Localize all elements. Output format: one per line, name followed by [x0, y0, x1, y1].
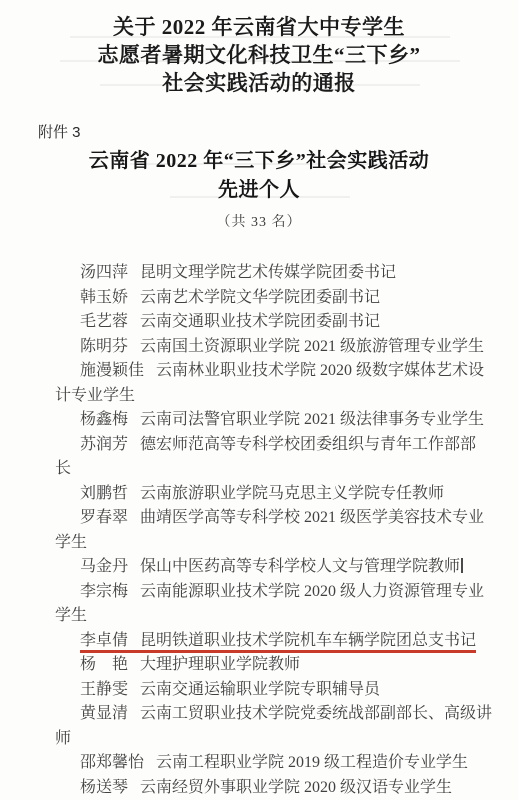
awardee-line: 杨鑫梅云南司法警官职业学院 2021 级法律事务专业学生	[80, 411, 484, 428]
awardee-line: 黄显清云南工贸职业技术学院党委统战部副部长、高级讲 师	[55, 705, 492, 747]
count-note: （共 33 名）	[0, 214, 518, 232]
award-section-title: 云南省 2022 年“三下乡”社会实践活动 先进个人	[0, 147, 518, 205]
award-section-title-line: 先进个人	[0, 176, 518, 205]
awardee-line: 韩玉娇云南艺术学院文华学院团委副书记	[80, 289, 380, 306]
awardee-line-highlighted: 李卓倩昆明铁道职业技术学院机车车辆学院团总支书记	[80, 632, 476, 653]
awardee-line: 李宗梅云南能源职业技术学院 2020 级人力资源管理专业 学生	[55, 583, 484, 625]
awardee-name: 马金丹	[80, 558, 128, 575]
awardee-name: 韩玉娇	[80, 289, 128, 306]
awardee-affiliation: 云南艺术学院文华学院团委副书记	[140, 289, 380, 306]
awardee-line: 汤四萍昆明文理学院艺术传媒学院团委书记	[80, 264, 396, 281]
awardee-affiliation: 云南司法警官职业学院 2021 级法律事务专业学生	[140, 411, 484, 428]
awardee-line: 刘鹏哲云南旅游职业学院马克思主义学院专任教师	[80, 485, 444, 502]
text-cursor	[461, 558, 463, 573]
awardee-line: 杨送琴云南经贸外事职业学院 2020 级汉语专业学生	[80, 779, 452, 796]
list-item: 罗春翠曲靖医学高等专科学校 2021 级医学美容技术专业 学生	[55, 506, 503, 555]
awardee-name: 刘鹏哲	[80, 485, 128, 502]
list-item: 黄显清云南工贸职业技术学院党委统战部副部长、高级讲 师	[55, 702, 503, 751]
awardee-name: 李卓倩	[80, 632, 128, 649]
awardee-name: 黄显清	[80, 705, 128, 722]
awardee-affiliation: 云南交通职业技术学院团委副书记	[140, 313, 380, 330]
awardee-name: 李宗梅	[80, 583, 128, 600]
notice-title-line: 志愿者暑期文化科技卫生“三下乡”	[0, 41, 518, 69]
list-item: 杨送琴云南经贸外事职业学院 2020 级汉语专业学生	[55, 776, 503, 800]
list-item: 刘鹏哲云南旅游职业学院马克思主义学院专任教师	[55, 482, 503, 507]
awardee-affiliation: 昆明文理学院艺术传媒学院团委书记	[140, 264, 396, 281]
list-item: 马金丹保山中医药高等专科学校人文与管理学院教师	[55, 555, 503, 580]
notice-title-line: 关于 2022 年云南省大中专学生	[0, 13, 518, 41]
awardee-list: 汤四萍昆明文理学院艺术传媒学院团委书记韩玉娇云南艺术学院文华学院团委副书记毛艺蓉…	[55, 261, 503, 800]
document-page: 关于 2022 年云南省大中专学生 志愿者暑期文化科技卫生“三下乡” 社会实践活…	[0, 0, 518, 800]
awardee-name: 施漫颖佳	[80, 362, 144, 379]
awardee-name: 汤四萍	[80, 264, 128, 281]
awardee-name: 杨送琴	[80, 779, 128, 796]
awardee-line: 王静雯云南交通运输职业学院专职辅导员	[80, 681, 380, 698]
award-section-title-line: 云南省 2022 年“三下乡”社会实践活动	[0, 147, 518, 176]
awardee-name: 罗春翠	[80, 509, 128, 526]
list-item: 苏润芳德宏师范高等专科学校团委组织与青年工作部部 长	[55, 433, 503, 482]
awardee-affiliation: 云南国土资源职业学院 2021 级旅游管理专业学生	[140, 338, 484, 355]
awardee-name: 陈明芬	[80, 338, 128, 355]
awardee-name: 邵郑馨怡	[80, 754, 144, 771]
list-item: 施漫颖佳云南林业职业技术学院 2020 级数字媒体艺术设 计专业学生	[55, 359, 503, 408]
awardee-line: 苏润芳德宏师范高等专科学校团委组织与青年工作部部 长	[55, 436, 476, 478]
list-item: 李卓倩昆明铁道职业技术学院机车车辆学院团总支书记	[55, 629, 503, 654]
list-item: 杨鑫梅云南司法警官职业学院 2021 级法律事务专业学生	[55, 408, 503, 433]
awardee-affiliation: 大理护理职业学院教师	[140, 656, 300, 673]
list-item: 汤四萍昆明文理学院艺术传媒学院团委书记	[55, 261, 503, 286]
awardee-line: 罗春翠曲靖医学高等专科学校 2021 级医学美容技术专业 学生	[55, 509, 484, 551]
awardee-affiliation: 保山中医药高等专科学校人文与管理学院教师	[140, 558, 460, 575]
list-item: 王静雯云南交通运输职业学院专职辅导员	[55, 678, 503, 703]
list-item: 陈明芬云南国土资源职业学院 2021 级旅游管理专业学生	[55, 335, 503, 360]
awardee-affiliation: 云南工程职业学院 2019 级工程造价专业学生	[156, 754, 468, 771]
awardee-name: 杨鑫梅	[80, 411, 128, 428]
notice-title-line: 社会实践活动的通报	[0, 69, 518, 97]
list-item: 邵郑馨怡云南工程职业学院 2019 级工程造价专业学生	[55, 751, 503, 776]
awardee-name: 毛艺蓉	[80, 313, 128, 330]
list-item: 毛艺蓉云南交通职业技术学院团委副书记	[55, 310, 503, 335]
awardee-affiliation: 云南交通运输职业学院专职辅导员	[140, 681, 380, 698]
awardee-name: 杨 艳	[80, 656, 128, 673]
list-item: 李宗梅云南能源职业技术学院 2020 级人力资源管理专业 学生	[55, 580, 503, 629]
list-item: 杨 艳大理护理职业学院教师	[55, 653, 503, 678]
notice-title: 关于 2022 年云南省大中专学生 志愿者暑期文化科技卫生“三下乡” 社会实践活…	[0, 0, 518, 97]
awardee-name: 王静雯	[80, 681, 128, 698]
awardee-line: 毛艺蓉云南交通职业技术学院团委副书记	[80, 313, 380, 330]
awardee-line: 施漫颖佳云南林业职业技术学院 2020 级数字媒体艺术设 计专业学生	[55, 362, 484, 404]
awardee-line: 邵郑馨怡云南工程职业学院 2019 级工程造价专业学生	[80, 754, 468, 771]
awardee-line: 杨 艳大理护理职业学院教师	[80, 656, 300, 673]
awardee-affiliation: 云南旅游职业学院马克思主义学院专任教师	[140, 485, 444, 502]
awardee-affiliation: 昆明铁道职业技术学院机车车辆学院团总支书记	[140, 632, 476, 649]
awardee-name: 苏润芳	[80, 436, 128, 453]
list-item: 韩玉娇云南艺术学院文华学院团委副书记	[55, 286, 503, 311]
awardee-line: 陈明芬云南国土资源职业学院 2021 级旅游管理专业学生	[80, 338, 484, 355]
attachment-label: 附件 3	[38, 123, 518, 142]
awardee-affiliation: 云南经贸外事职业学院 2020 级汉语专业学生	[140, 779, 452, 796]
awardee-line: 马金丹保山中医药高等专科学校人文与管理学院教师	[80, 558, 460, 575]
